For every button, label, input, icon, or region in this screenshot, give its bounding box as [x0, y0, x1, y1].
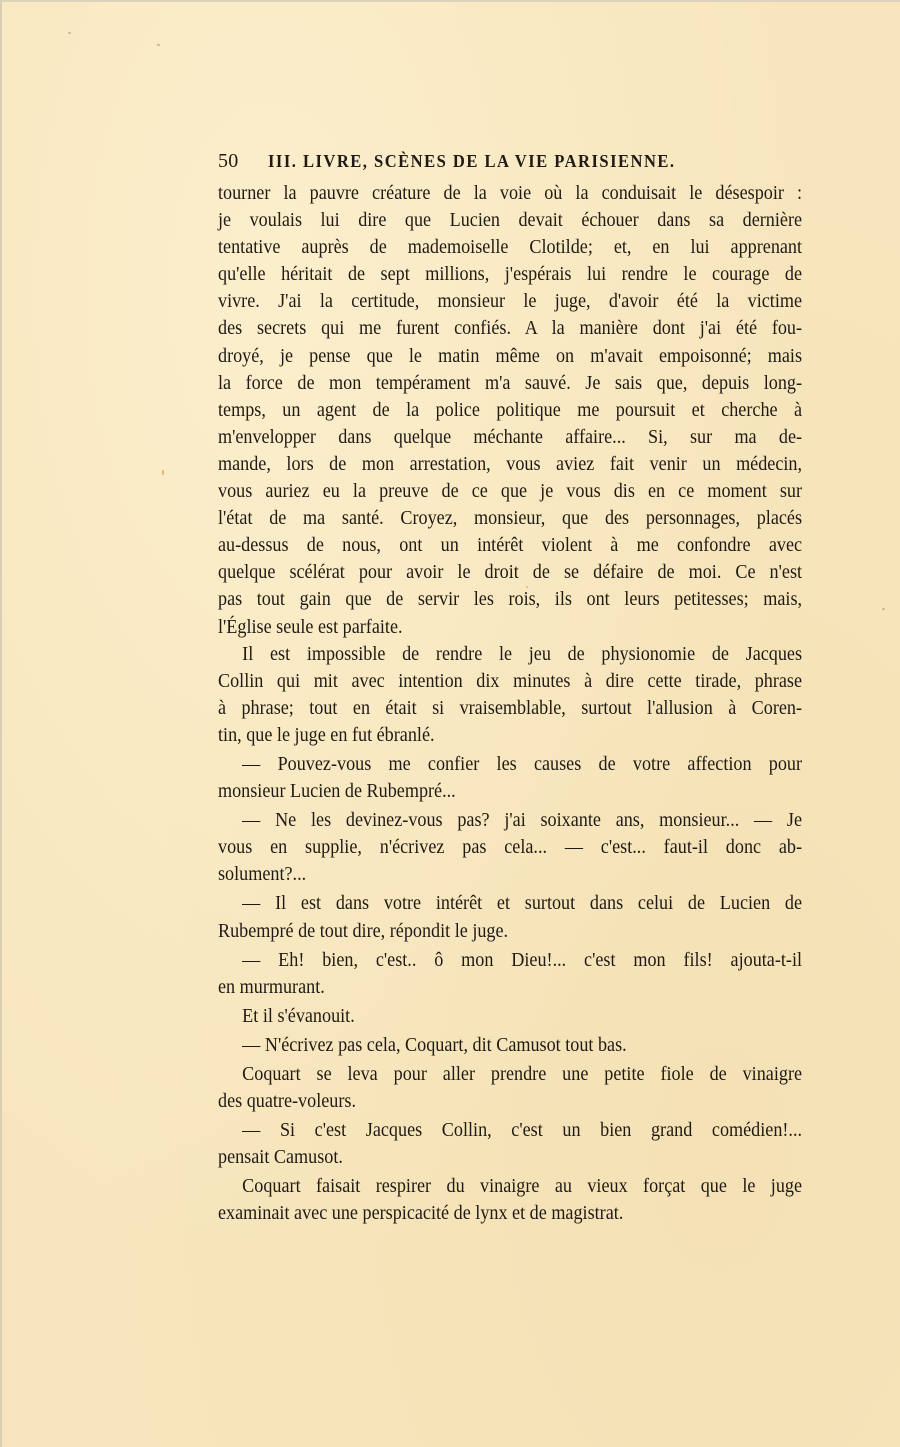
text-line: la force de mon tempérament m'a sauvé. J…	[218, 370, 802, 397]
text-line: — Si c'est Jacques Collin, c'est un bien…	[218, 1117, 802, 1144]
text-line: qu'elle héritait de sept millions, j'esp…	[218, 261, 802, 288]
book-page: 50 III. LIVRE, SCÈNES DE LA VIE PARISIEN…	[0, 0, 900, 1447]
text-line: Coquart se leva pour aller prendre une p…	[218, 1061, 802, 1088]
text-line: — Pouvez-vous me confier les causes de v…	[218, 751, 802, 778]
text-line: je voulais lui dire que Lucien devait éc…	[218, 207, 802, 234]
paragraph: — Eh! bien, c'est.. ô mon Dieu!... c'est…	[218, 947, 802, 1001]
paper-speck	[162, 470, 164, 475]
text-line: m'envelopper dans quelque méchante affai…	[218, 424, 802, 451]
text-line: Et il s'évanouit.	[218, 1003, 802, 1030]
text-line: tourner la pauvre créature de la voie où…	[218, 180, 802, 207]
paragraph: — Pouvez-vous me confier les causes de v…	[218, 751, 802, 805]
paragraph: — Si c'est Jacques Collin, c'est un bien…	[218, 1117, 802, 1171]
text-column: 50 III. LIVRE, SCÈNES DE LA VIE PARISIEN…	[218, 150, 802, 1228]
text-line: pas tout gain que de servir les rois, il…	[218, 586, 802, 613]
text-line: — Ne les devinez-vous pas? j'ai soixante…	[218, 807, 802, 834]
text-line: solument?...	[218, 861, 802, 888]
paragraph: — N'écrivez pas cela, Coquart, dit Camus…	[218, 1032, 802, 1059]
text-line: à phrase; tout en était si vraisemblable…	[218, 695, 802, 722]
text-line: Coquart faisait respirer du vinaigre au …	[218, 1173, 802, 1200]
paragraph: — Il est dans votre intérêt et surtout d…	[218, 890, 802, 944]
paragraph: tourner la pauvre créature de la voie où…	[218, 180, 802, 641]
text-line: vivre. J'ai la certitude, monsieur le ju…	[218, 288, 802, 315]
page-number: 50	[218, 150, 268, 173]
text-line: Collin qui mit avec intention dix minute…	[218, 668, 802, 695]
text-line: des quatre-voleurs.	[218, 1088, 802, 1115]
text-line: — Eh! bien, c'est.. ô mon Dieu!... c'est…	[218, 947, 802, 974]
paragraph: Coquart faisait respirer du vinaigre au …	[218, 1173, 802, 1227]
paragraph: Il est impossible de rendre le jeu de ph…	[218, 641, 802, 749]
text-line: examinait avec une perspicacité de lynx …	[218, 1200, 802, 1227]
text-line: l'état de ma santé. Croyez, monsieur, qu…	[218, 505, 802, 532]
text-line: l'Église seule est parfaite.	[218, 614, 802, 641]
text-line: des secrets qui me furent confiés. A la …	[218, 315, 802, 342]
text-line: droyé, je pense que le matin même on m'a…	[218, 343, 802, 370]
paper-speck	[157, 44, 160, 46]
paragraph: Coquart se leva pour aller prendre une p…	[218, 1061, 802, 1115]
text-line: pensait Camusot.	[218, 1144, 802, 1171]
text-line: monsieur Lucien de Rubempré...	[218, 778, 802, 805]
text-line: en murmurant.	[218, 974, 802, 1001]
text-line: quelque scélérat pour avoir le droit de …	[218, 559, 802, 586]
paragraph: — Ne les devinez-vous pas? j'ai soixante…	[218, 807, 802, 888]
text-line: au-dessus de nous, ont un intérêt violen…	[218, 532, 802, 559]
paper-speck	[882, 607, 886, 610]
text-line: tin, que le juge en fut ébranlé.	[218, 722, 802, 749]
paragraph: Et il s'évanouit.	[218, 1003, 802, 1030]
text-line: — Il est dans votre intérêt et surtout d…	[218, 890, 802, 917]
text-line: mande, lors de mon arrestation, vous avi…	[218, 451, 802, 478]
paper-speck	[68, 32, 71, 34]
body-text: tourner la pauvre créature de la voie où…	[218, 180, 802, 1228]
running-head: 50 III. LIVRE, SCÈNES DE LA VIE PARISIEN…	[218, 150, 802, 180]
text-line: Rubempré de tout dire, répondit le juge.	[218, 918, 802, 945]
text-line: Il est impossible de rendre le jeu de ph…	[218, 641, 802, 668]
running-head-title: III. LIVRE, SCÈNES DE LA VIE PARISIENNE.	[268, 151, 676, 172]
text-line: temps, un agent de la police politique m…	[218, 397, 802, 424]
text-line: vous en supplie, n'écrivez pas cela... —…	[218, 834, 802, 861]
text-line: — N'écrivez pas cela, Coquart, dit Camus…	[218, 1032, 802, 1059]
text-line: vous auriez eu la preuve de ce que je vo…	[218, 478, 802, 505]
text-line: tentative auprès de mademoiselle Clotild…	[218, 234, 802, 261]
